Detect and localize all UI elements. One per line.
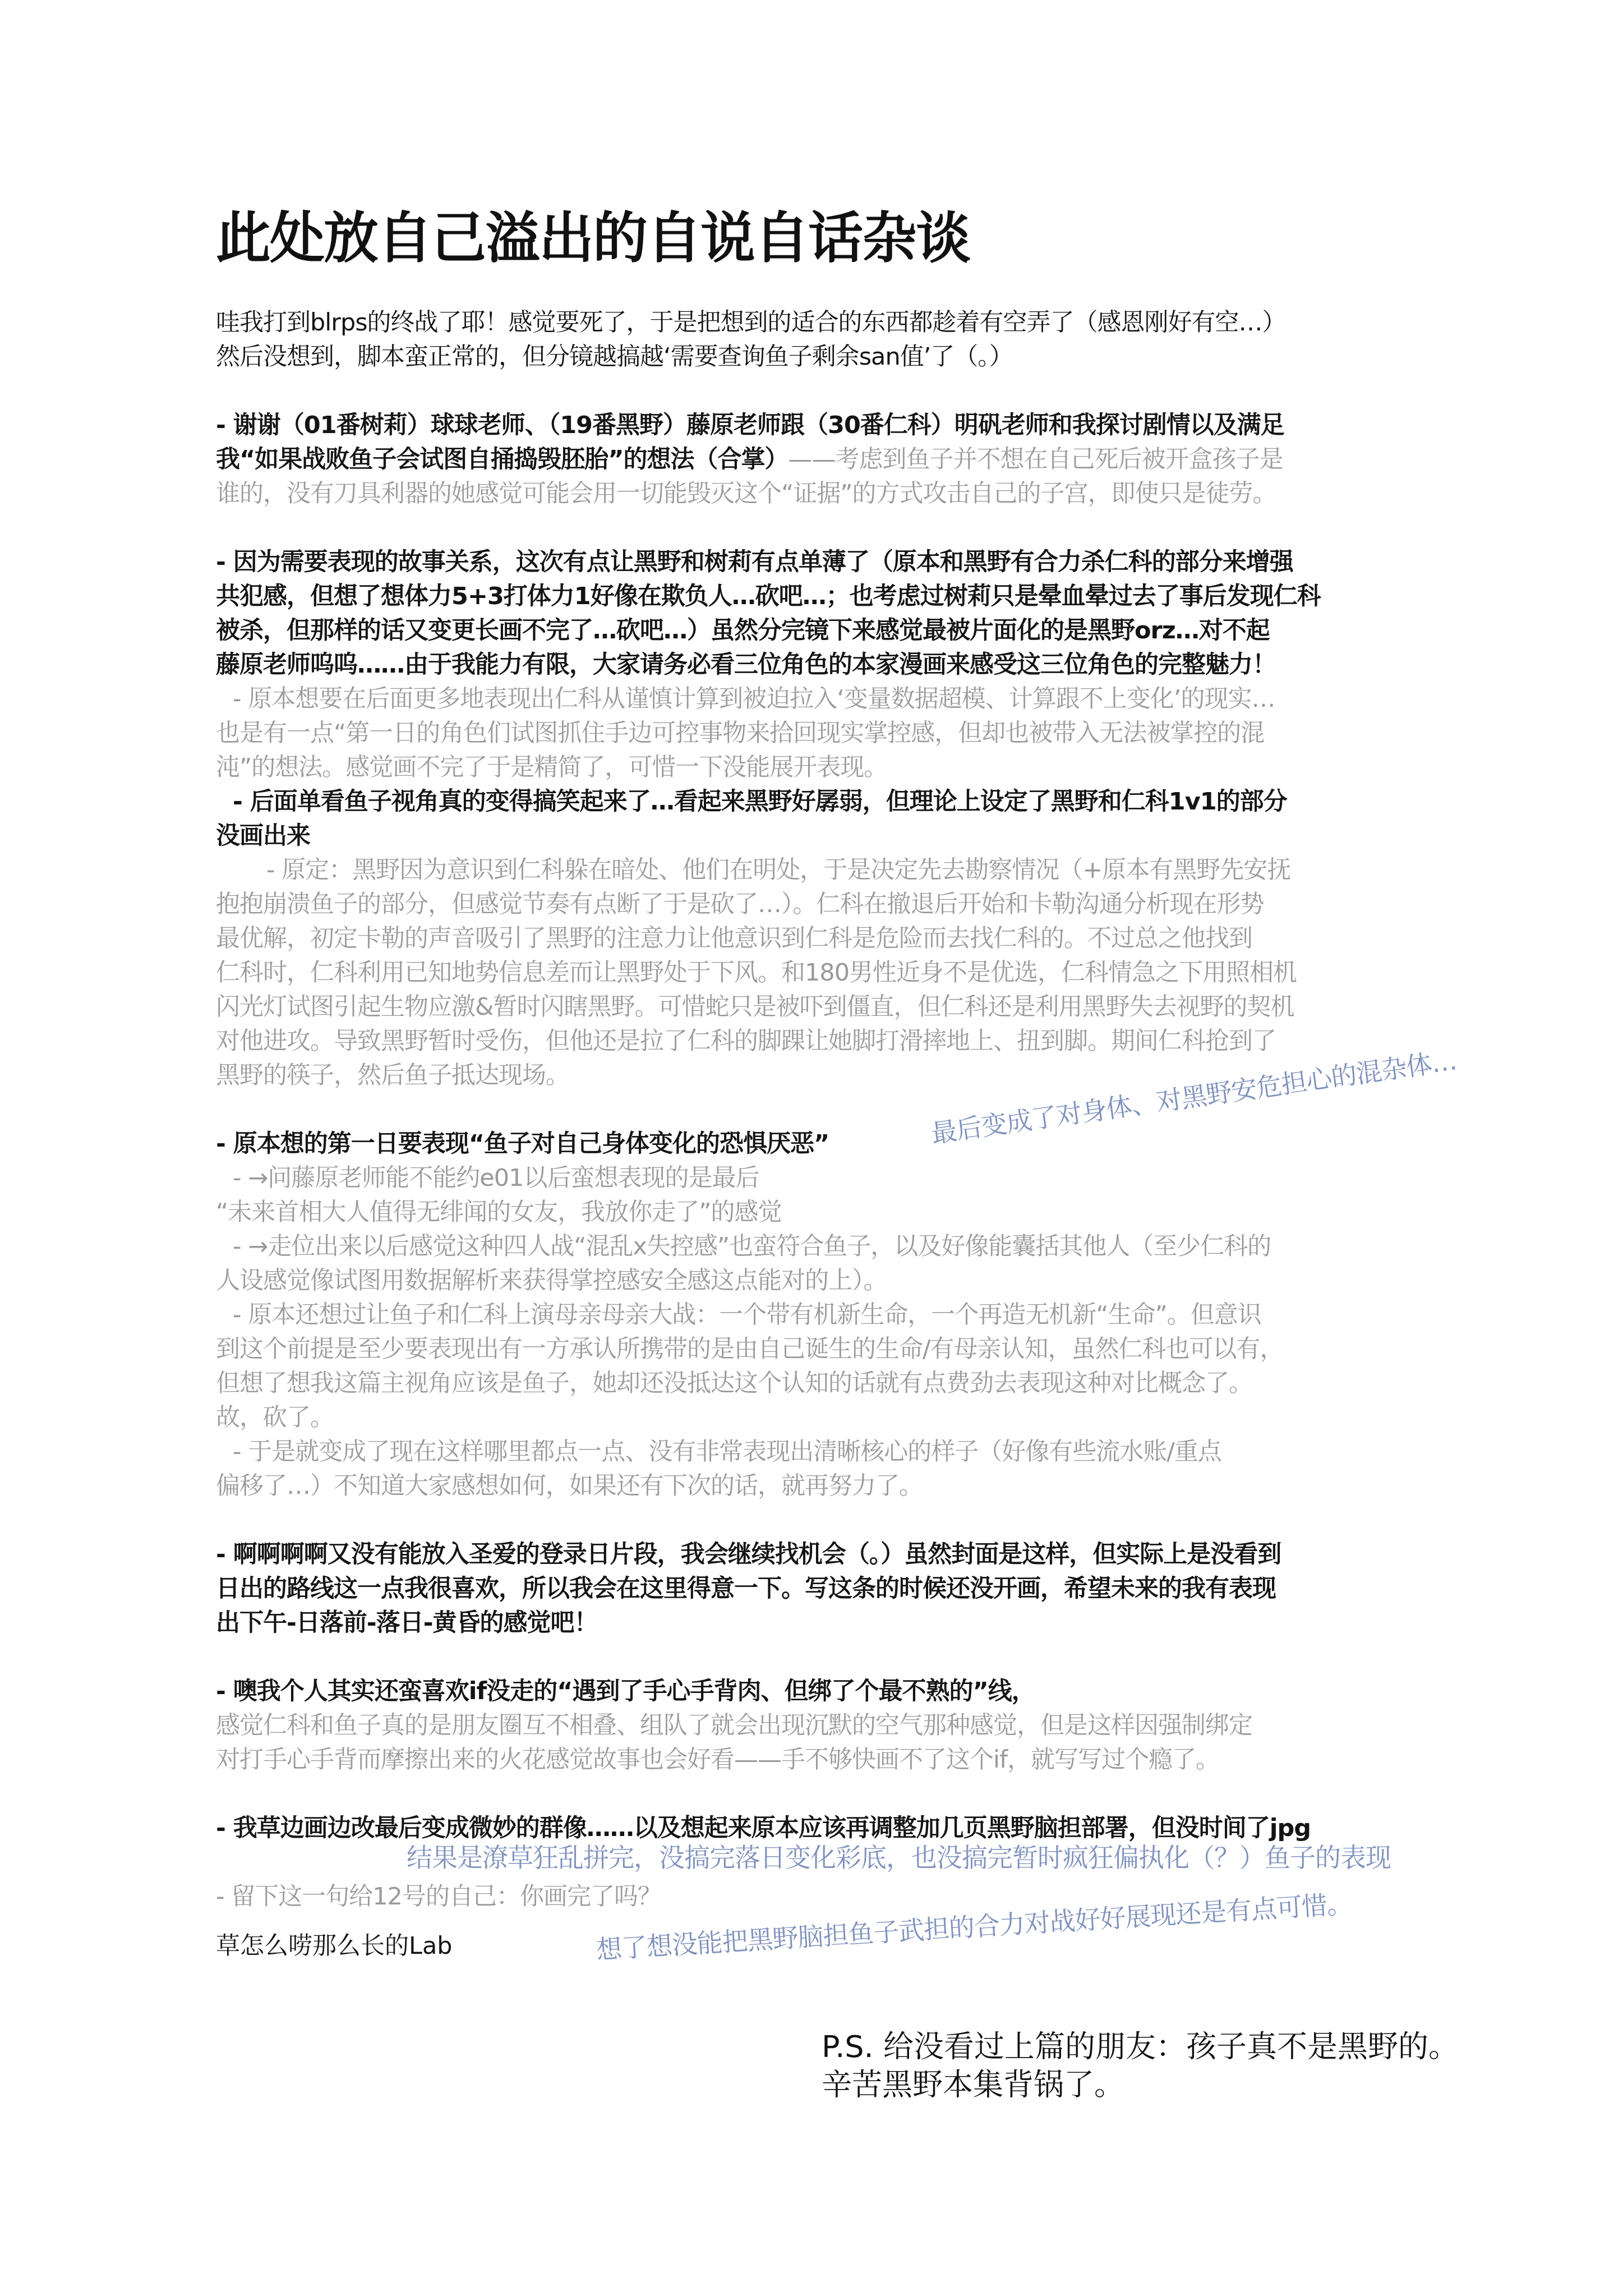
section-story: - 因为需要表现的故事关系，这次有点让黑野和树莉有点单薄了（原本和黑野有合力杀仁… — [216, 545, 1500, 1093]
story-sub-line: 没画出来 — [216, 819, 1500, 853]
if-line: 感觉仁科和鱼子真的是朋友圈互不相叠、组队了就会出现沉默的空气那种感觉，但是这样因… — [216, 1709, 1500, 1743]
thanks-line-3: 谁的，没有刀具利器的她感觉可能会用一切能毁灭这个“证据”的方式攻击自己的子宫，即… — [216, 477, 1500, 511]
sunrise-line: - 啊啊啊啊又没有能放入圣爱的登录日片段，我会继续找机会（。）虽然封面是这样，但… — [216, 1538, 1500, 1572]
thanks-grey-inline: ——考虑到鱼子并不想在自己死后被开盒孩子是 — [789, 445, 1283, 473]
thanks-bold-tail: 我“如果战败鱼子会试图自捅捣毁胚胎”的想法（合掌） — [216, 445, 789, 473]
story-sub-grey-line: 对他进攻。导致黑野暂时受伤，但他还是拉了仁科的脚踝让她脚打滑摔地上、扭到脚。期间… — [216, 1024, 1500, 1059]
if-heading: - 噢我个人其实还蛮喜欢if没走的“遇到了手心手背肉、但绑了个最不熟的”线， — [216, 1674, 1500, 1709]
story-sub-grey-line: 仁科时，仁科利用已知地势信息差而让黑野处于下风。和180男性近身不是优选，仁科情… — [216, 956, 1500, 990]
ps-line-2: 辛苦黑野本集背锅了。 — [822, 2066, 1459, 2104]
section-thanks: - 谢谢（01番树莉）球球老师、（19番黑野）藤原老师跟（30番仁科）明矾老师和… — [216, 408, 1500, 511]
spacer — [216, 1777, 1500, 1811]
story-grey-line: 沌”的想法。感觉画不完了于是精简了，可惜一下没能展开表现。 — [216, 751, 1500, 785]
story-line: 被杀，但那样的话又变更长画不完了…砍吧…）虽然分完镜下来感觉最被片面化的是黑野o… — [216, 614, 1500, 648]
intro-line-1: 哇我打到blrps的终战了耶！感觉要死了，于是把想到的适合的东西都趁着有空弄了（… — [216, 306, 1500, 340]
lab-signoff: 草怎么唠那么长的Lab — [216, 1927, 453, 1961]
postscript: P.S. 给没看过上篇的朋友：孩子真不是黑野的。 辛苦黑野本集背锅了。 — [822, 2028, 1459, 2104]
fear-heading: - 原本想的第一日要表现“鱼子对自己身体变化的恐惧厌恶” — [216, 1127, 1500, 1161]
sunrise-line: 日出的路线这一点我很喜欢，所以我会在这里得意一下。写这条的时候还没开画，希望未来… — [216, 1572, 1500, 1606]
fear-line: 到这个前提是至少要表现出有一方承认所携带的是由自己诞生的生命/有母亲认知，虽然仁… — [216, 1332, 1500, 1366]
story-sub-line: - 后面单看鱼子视角真的变得搞笑起来了…看起来黑野好孱弱，但理论上设定了黑野和仁… — [216, 785, 1500, 819]
thanks-line-2: 我“如果战败鱼子会试图自捅捣毁胚胎”的想法（合掌）——考虑到鱼子并不想在自己死后… — [216, 443, 1500, 477]
story-line: 共犯感，但想了想体力5+3打体力1好像在欺负人…砍吧…；也考虑过树莉只是晕血晕过… — [216, 579, 1500, 614]
section-if-route: - 噢我个人其实还蛮喜欢if没走的“遇到了手心手背肉、但绑了个最不熟的”线， 感… — [216, 1674, 1500, 1777]
fear-line: 但想了想我这篇主视角应该是鱼子，她却还没抵达这个认知的话就有点费劲去表现这种对比… — [216, 1366, 1500, 1401]
fear-line: 人设感觉像试图用数据解析来获得掌控感安全感这点能对的上）。 — [216, 1264, 1500, 1298]
spacer — [216, 1640, 1500, 1674]
fear-line: - →问藤原老师能不能约e01以后蛮想表现的是最后 — [216, 1161, 1500, 1195]
document-body: 哇我打到blrps的终战了耶！感觉要死了，于是把想到的适合的东西都趁着有空弄了（… — [216, 306, 1500, 1914]
thanks-line-1: - 谢谢（01番树莉）球球老师、（19番黑野）藤原老师跟（30番仁科）明矾老师和… — [216, 408, 1500, 443]
story-sub-grey-line: 最优解，初定卡勒的声音吸引了黑野的注意力让他意识到仁科是危险而去找仁科的。不过总… — [216, 922, 1500, 956]
spacer — [216, 511, 1500, 545]
section-fear: - 原本想的第一日要表现“鱼子对自己身体变化的恐惧厌恶” - →问藤原老师能不能… — [216, 1127, 1500, 1503]
fear-line: - 原本还想过让鱼子和仁科上演母亲母亲大战：一个带有机新生命，一个再造无机新“生… — [216, 1298, 1500, 1332]
story-grey-line: 也是有一点“第一日的角色们试图抓住手边可控事物来拾回现实掌控感，但却也被带入无法… — [216, 716, 1500, 751]
section-sunrise: - 啊啊啊啊又没有能放入圣爱的登录日片段，我会继续找机会（。）虽然封面是这样，但… — [216, 1538, 1500, 1640]
if-line: 对打手心手背而摩擦出来的火花感觉故事也会好看——手不够快画不了这个if，就写写过… — [216, 1743, 1500, 1777]
story-sub-grey-line: 闪光灯试图引起生物应激&暂时闪瞎黑野。可惜蛇只是被吓到僵直，但仁科还是利用黑野失… — [216, 990, 1500, 1024]
fear-line: 偏移了…）不知道大家感想如何，如果还有下次的话，就再努力了。 — [216, 1469, 1500, 1503]
spacer — [216, 374, 1500, 408]
fear-line: 故，砍了。 — [216, 1401, 1500, 1435]
fear-line: - →走位出来以后感觉这种四人战“混乱x失控感”也蛮符合鱼子，以及好像能囊括其他… — [216, 1230, 1500, 1264]
intro-line-2: 然后没想到，脚本蛮正常的，但分镜越搞越‘需要查询鱼子剩余san值’了（。） — [216, 340, 1500, 374]
fear-line: “未来首相大人值得无绯闻的女友，我放你走了”的感觉 — [216, 1195, 1500, 1230]
fear-line: - 于是就变成了现在这样哪里都点一点、没有非常表现出清晰核心的样子（好像有些流水… — [216, 1435, 1500, 1469]
page-title: 此处放自己溢出的自说自话杂谈 — [216, 209, 970, 269]
story-line: - 因为需要表现的故事关系，这次有点让黑野和树莉有点单薄了（原本和黑野有合力杀仁… — [216, 545, 1500, 579]
story-line: 藤原老师呜呜……由于我能力有限，大家请务必看三位角色的本家漫画来感受这三位角色的… — [216, 648, 1500, 682]
ps-line-1: P.S. 给没看过上篇的朋友：孩子真不是黑野的。 — [822, 2028, 1459, 2066]
handwritten-note-result: 结果是潦草狂乱拼完，没搞完落日变化彩底，也没搞完暂时疯狂偏执化（？）鱼子的表现 — [407, 1837, 1391, 1874]
story-sub-grey-line: - 原定：黑野因为意识到仁科躲在暗处、他们在明处，于是决定先去勘察情况（+原本有… — [216, 853, 1500, 887]
story-sub-grey-line: 抱抱崩溃鱼子的部分，但感觉节奏有点断了于是砍了…）。仁科在撤退后开始和卡勒沟通分… — [216, 887, 1500, 922]
sunrise-line: 出下午-日落前-落日-黄昏的感觉吧！ — [216, 1606, 1500, 1640]
story-grey-line: - 原本想要在后面更多地表现出仁科从谨慎计算到被迫拉入‘变量数据超模、计算跟不上… — [216, 682, 1500, 716]
spacer — [216, 1503, 1500, 1538]
